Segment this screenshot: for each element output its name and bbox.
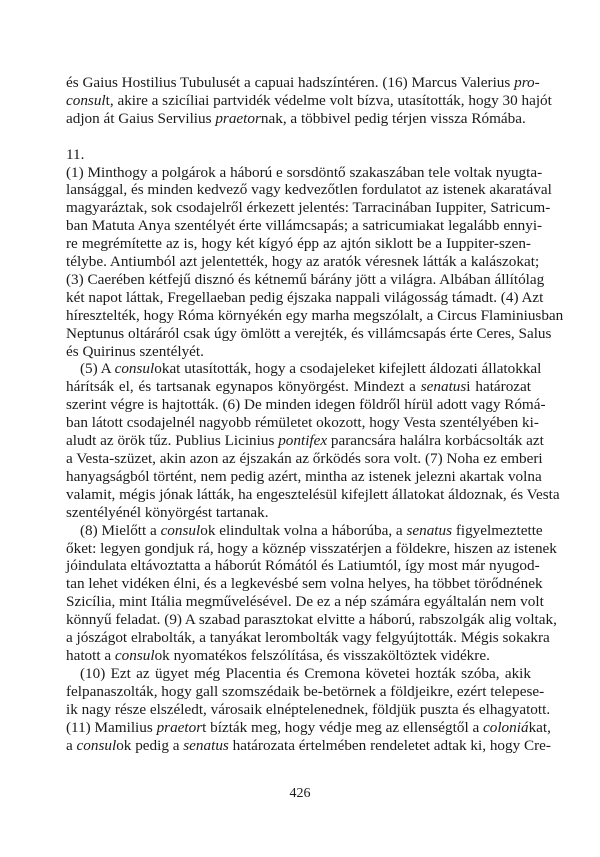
text-line: magyaráztak, sok csodajelről érkezett je… xyxy=(66,199,531,217)
text-line: felpanaszolták, hogy gall szomszédaik be… xyxy=(66,683,531,701)
text-line: hatott a consulok nyomatékos felszólítás… xyxy=(66,647,531,665)
text-segment: két napot láttak, Fregellaeban pedig éjs… xyxy=(66,289,543,306)
text-segment: felpanaszolták, hogy gall szomszédaik be… xyxy=(66,683,544,700)
text-segment: Neptunus oltáráról csak úgy ömlött a ver… xyxy=(66,325,551,342)
text-line: télybe. Antiumból azt jelentették, hogy … xyxy=(66,253,531,271)
page-body-text: és Gaius Hostilius Tubulusét a capuai ha… xyxy=(66,74,531,754)
text-line: ik nagy része elszéledt, városaik elnépt… xyxy=(66,701,531,719)
text-line: a Vesta-szüzet, akin azon az éjszakán az… xyxy=(66,450,531,468)
text-segment: tan lehet vidéken élni, és a legkevésbé … xyxy=(66,575,543,592)
text-line: (10) Ezt az ügyet még Placentia és Cremo… xyxy=(66,665,531,683)
text-line: hanyagságból történt, nem pedig azért, m… xyxy=(66,468,531,486)
text-segment: hárítsák el, és tartsanak egynapos könyö… xyxy=(66,378,421,395)
text-segment: t, akire a szicíliai partvidék védelme v… xyxy=(106,92,552,109)
text-segment: (10) Ezt az ügyet még Placentia és Cremo… xyxy=(80,665,531,682)
text-segment: re megrémítette az is, hogy két kígyó ép… xyxy=(66,235,531,252)
text-segment: magyaráztak, sok csodajelről érkezett je… xyxy=(66,199,550,216)
text-segment: a Vesta-szüzet, akin azon az éjszakán az… xyxy=(66,450,543,467)
text-line: szentélyénél könyörgést tartanak. xyxy=(66,504,531,522)
text-line: őket: legyen gondjuk rá, hogy a köznép v… xyxy=(66,540,531,558)
text-line: és Gaius Hostilius Tubulusét a capuai ha… xyxy=(66,74,531,92)
text-line: valamit, mégis jónak látták, ha engeszte… xyxy=(66,486,531,504)
page-number: 426 xyxy=(0,786,600,802)
text-segment: ok elindultak volna a háborúba, a xyxy=(200,522,406,539)
italic-term: consul xyxy=(77,737,117,754)
italic-term: consul xyxy=(66,92,106,109)
blank-line xyxy=(66,128,531,146)
text-line: ban Matuta Anya szentélyét érte villámcs… xyxy=(66,217,531,235)
text-line: Neptunus oltáráról csak úgy ömlött a ver… xyxy=(66,325,531,343)
italic-term: consul xyxy=(161,522,201,539)
text-segment: ik nagy része elszéledt, városaik elnépt… xyxy=(66,701,550,718)
text-segment: a xyxy=(66,737,77,754)
text-line: ban látott csodajelnél nagyobb rémületet… xyxy=(66,414,531,432)
text-line: híresztelték, hogy Róma környékén egy ma… xyxy=(66,307,531,325)
text-line: hárítsák el, és tartsanak egynapos könyö… xyxy=(66,378,531,396)
italic-term: senatus xyxy=(183,737,229,754)
chapter-heading: 11. xyxy=(66,146,531,164)
italic-term: praetor xyxy=(157,719,203,736)
italic-term: coloniá xyxy=(483,719,529,736)
text-segment: Szicília, mint Itália megművelésével. De… xyxy=(66,593,544,610)
text-segment: szentélyénél könyörgést tartanak. xyxy=(66,504,269,521)
text-line: lansággal, és minden kedvező vagy kedvez… xyxy=(66,181,531,199)
text-segment: határozata értelmében rendeletet adtak k… xyxy=(229,737,551,754)
text-segment: kat, xyxy=(529,719,551,736)
text-segment: jóindulata eltávoztatta a háborút Rómátó… xyxy=(66,557,540,574)
italic-term: consul xyxy=(115,360,155,377)
text-line: jóindulata eltávoztatta a háborút Rómátó… xyxy=(66,557,531,575)
text-segment: ok pedig a xyxy=(116,737,183,754)
text-segment: figyelmeztette xyxy=(452,522,543,539)
text-segment: a jószágot elrabolták, a tanyákat leromb… xyxy=(66,629,550,646)
text-segment: szerint végre is hajtották. (6) De minde… xyxy=(66,396,546,413)
text-line: adjon át Gaius Servilius praetornak, a t… xyxy=(66,110,531,128)
text-line: (5) A consulokat utasították, hogy a cso… xyxy=(66,360,531,378)
text-segment: aludt az örök tűz. Publius Licinius xyxy=(66,432,278,449)
text-segment: okat utasították, hogy a csodajeleket ki… xyxy=(154,360,541,377)
italic-term: pro- xyxy=(514,74,540,91)
italic-term: senatus xyxy=(421,378,467,395)
text-segment: i határozat xyxy=(466,378,531,395)
text-segment: (3) Caerében kétfejű disznó és kétnemű b… xyxy=(66,271,544,288)
text-line: (11) Mamilius praetort bízták meg, hogy … xyxy=(66,719,531,737)
text-segment: lansággal, és minden kedvező vagy kedvez… xyxy=(66,181,552,198)
text-line: a consulok pedig a senatus határozata ér… xyxy=(66,737,531,755)
text-segment: nak, a többivel pedig térjen vissza Rómá… xyxy=(261,110,526,127)
text-segment: ban Matuta Anya szentélyét érte villámcs… xyxy=(66,217,542,234)
text-segment: és Quirinus szentélyét. xyxy=(66,343,204,360)
text-line: (3) Caerében kétfejű disznó és kétnemű b… xyxy=(66,271,531,289)
text-segment: valamit, mégis jónak látták, ha engeszte… xyxy=(66,486,560,503)
text-segment: hanyagságból történt, nem pedig azért, m… xyxy=(66,468,542,485)
text-segment: ban látott csodajelnél nagyobb rémületet… xyxy=(66,414,539,431)
text-line: két napot láttak, Fregellaeban pedig éjs… xyxy=(66,289,531,307)
text-segment: híresztelték, hogy Róma környékén egy ma… xyxy=(66,307,563,324)
text-segment: (8) Mielőtt a xyxy=(80,522,161,539)
text-line: re megrémítette az is, hogy két kígyó ép… xyxy=(66,235,531,253)
text-segment: könnyű feladat. (9) A szabad parasztokat… xyxy=(66,611,557,628)
italic-term: consul xyxy=(115,647,155,664)
text-segment: télybe. Antiumból azt jelentették, hogy … xyxy=(66,253,539,270)
text-line: (1) Minthogy a polgárok a háború e sorsd… xyxy=(66,164,531,182)
text-segment: (1) Minthogy a polgárok a háború e sorsd… xyxy=(66,164,542,181)
text-line: szerint végre is hajtották. (6) De minde… xyxy=(66,396,531,414)
italic-term: praetor xyxy=(215,110,261,127)
text-segment: hatott a xyxy=(66,647,115,664)
text-line: consult, akire a szicíliai partvidék véd… xyxy=(66,92,531,110)
text-segment: adjon át Gaius Servilius xyxy=(66,110,215,127)
italic-term: senatus xyxy=(406,522,452,539)
text-line: és Quirinus szentélyét. xyxy=(66,343,531,361)
text-line: Szicília, mint Itália megművelésével. De… xyxy=(66,593,531,611)
text-segment: (5) A xyxy=(80,360,115,377)
text-segment: t bízták meg, hogy védje meg az ellenség… xyxy=(202,719,483,736)
text-line: tan lehet vidéken élni, és a legkevésbé … xyxy=(66,575,531,593)
text-segment: őket: legyen gondjuk rá, hogy a köznép v… xyxy=(66,540,557,557)
text-line: a jószágot elrabolták, a tanyákat leromb… xyxy=(66,629,531,647)
text-line: aludt az örök tűz. Publius Licinius pont… xyxy=(66,432,531,450)
italic-term: pontifex xyxy=(278,432,327,449)
text-segment: 11. xyxy=(66,146,84,163)
text-line: (8) Mielőtt a consulok elindultak volna … xyxy=(66,522,531,540)
text-segment: (11) Mamilius xyxy=(66,719,157,736)
text-segment: parancsára halálra korbácsolták azt xyxy=(327,432,544,449)
text-segment: és Gaius Hostilius Tubulusét a capuai ha… xyxy=(66,74,514,91)
text-line: könnyű feladat. (9) A szabad parasztokat… xyxy=(66,611,531,629)
text-segment: ok nyomatékos felszólítása, és visszaköl… xyxy=(155,647,490,664)
